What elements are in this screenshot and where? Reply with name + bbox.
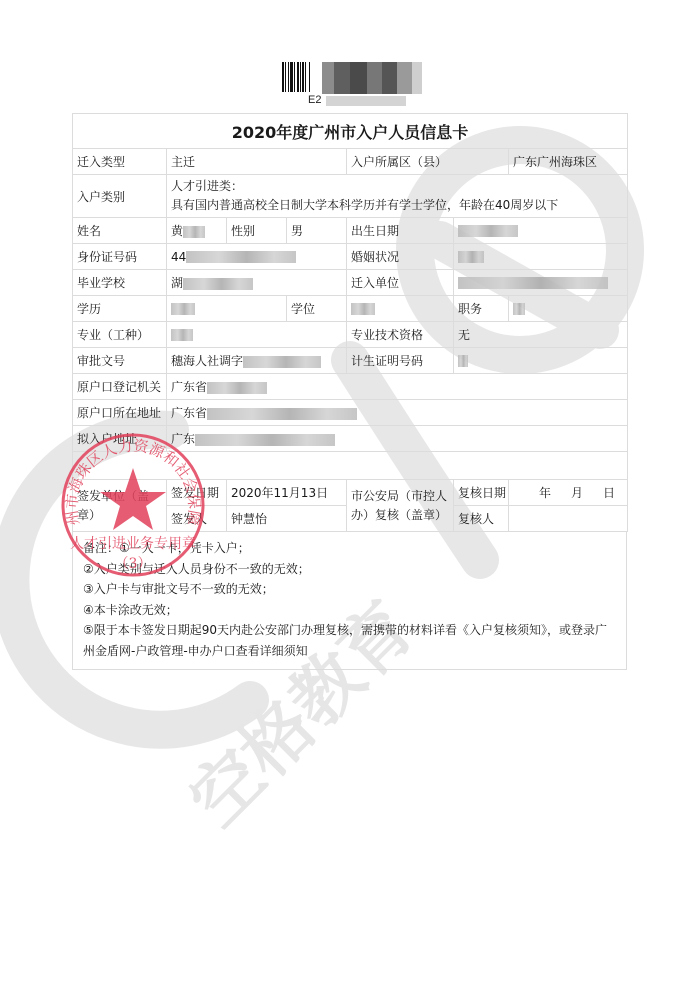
card-title: 2020年度广州市入户人员信息卡: [73, 114, 628, 149]
district-value: 广东广州海珠区: [509, 149, 628, 175]
family-plan-label: 计生证明号码: [347, 348, 454, 374]
birth-label: 出生日期: [347, 218, 454, 244]
category-line2: 具有国内普通高校全日制大学本科学历并有学士学位，年龄在40周岁以下: [171, 196, 623, 215]
position-label: 职务: [454, 296, 509, 322]
family-plan-value: [454, 348, 628, 374]
signer-value: 钟慧怡: [227, 506, 347, 532]
tech-qual-label: 专业技术资格: [347, 322, 454, 348]
degree-value: [347, 296, 454, 322]
approval-label: 审批文号: [73, 348, 167, 374]
approval-value: 穗海人社调字: [167, 348, 347, 374]
school-value: 湖: [167, 270, 347, 296]
orig-address-value: 广东省: [167, 400, 628, 426]
education-label: 学历: [73, 296, 167, 322]
issuer-label: 签发单位（盖章）: [73, 480, 167, 532]
tech-qual-value: 无: [454, 322, 628, 348]
reviewer-label: 复核人: [454, 506, 509, 532]
note-5: ⑤限于本卡签发日期起90天内赴公安部门办理复核，需携带的材料详看《入户复核须知》…: [83, 620, 616, 661]
barcode: E2: [282, 62, 432, 108]
name-label: 姓名: [73, 218, 167, 244]
new-address-label: 拟入户地址: [73, 426, 167, 452]
household-info-card: 2020年度广州市入户人员信息卡 迁入类型 主迁 入户所属区（县） 广东广州海珠…: [72, 113, 627, 670]
employer-value: [454, 270, 628, 296]
category-line1: 人才引进类：: [171, 177, 623, 196]
police-review-label: 市公安局（市控人办）复核（盖章）: [347, 480, 454, 532]
school-label: 毕业学校: [73, 270, 167, 296]
move-type-label: 迁入类型: [73, 149, 167, 175]
note-3: ③入户卡与审批文号不一致的无效；: [83, 579, 616, 600]
note-1: 备注：①一人一卡，凭卡入户；: [83, 538, 616, 559]
major-label: 专业（工种）: [73, 322, 167, 348]
gender-label: 性别: [227, 218, 287, 244]
marital-label: 婚姻状况: [347, 244, 454, 270]
name-value: 黄: [167, 218, 227, 244]
review-date-label: 复核日期: [454, 480, 509, 506]
gender-value: 男: [287, 218, 347, 244]
note-2: ②入户类别与迁入人员身份不一致的无效；: [83, 559, 616, 580]
district-label: 入户所属区（县）: [347, 149, 509, 175]
issue-date-value: 2020年11月13日: [227, 480, 347, 506]
category-label: 入户类别: [73, 175, 167, 218]
id-label: 身份证号码: [73, 244, 167, 270]
orig-reg-authority-label: 原户口登记机关: [73, 374, 167, 400]
orig-address-label: 原户口所在地址: [73, 400, 167, 426]
note-4: ④本卡涂改无效；: [83, 600, 616, 621]
birth-value: [454, 218, 628, 244]
marital-value: [454, 244, 628, 270]
employer-label: 迁入单位: [347, 270, 454, 296]
degree-label: 学位: [287, 296, 347, 322]
barcode-number: E2: [308, 94, 321, 106]
review-date-value: 年月日: [509, 480, 628, 506]
id-value: 44: [167, 244, 347, 270]
reviewer-value: [509, 506, 628, 532]
signer-label: 签发人: [167, 506, 227, 532]
orig-reg-authority-value: 广东省: [167, 374, 628, 400]
new-address-value: 广东: [167, 426, 628, 452]
info-table: 2020年度广州市入户人员信息卡 迁入类型 主迁 入户所属区（县） 广东广州海珠…: [72, 113, 628, 532]
position-value: [509, 296, 628, 322]
major-value: [167, 322, 347, 348]
category-value: 人才引进类： 具有国内普通高校全日制大学本科学历并有学士学位，年龄在40周岁以下: [167, 175, 628, 218]
issue-date-label: 签发日期: [167, 480, 227, 506]
empty-row: [73, 452, 628, 480]
move-type-value: 主迁: [167, 149, 347, 175]
education-value: [167, 296, 287, 322]
notes-section: 备注：①一人一卡，凭卡入户； ②入户类别与迁入人员身份不一致的无效； ③入户卡与…: [72, 532, 627, 670]
